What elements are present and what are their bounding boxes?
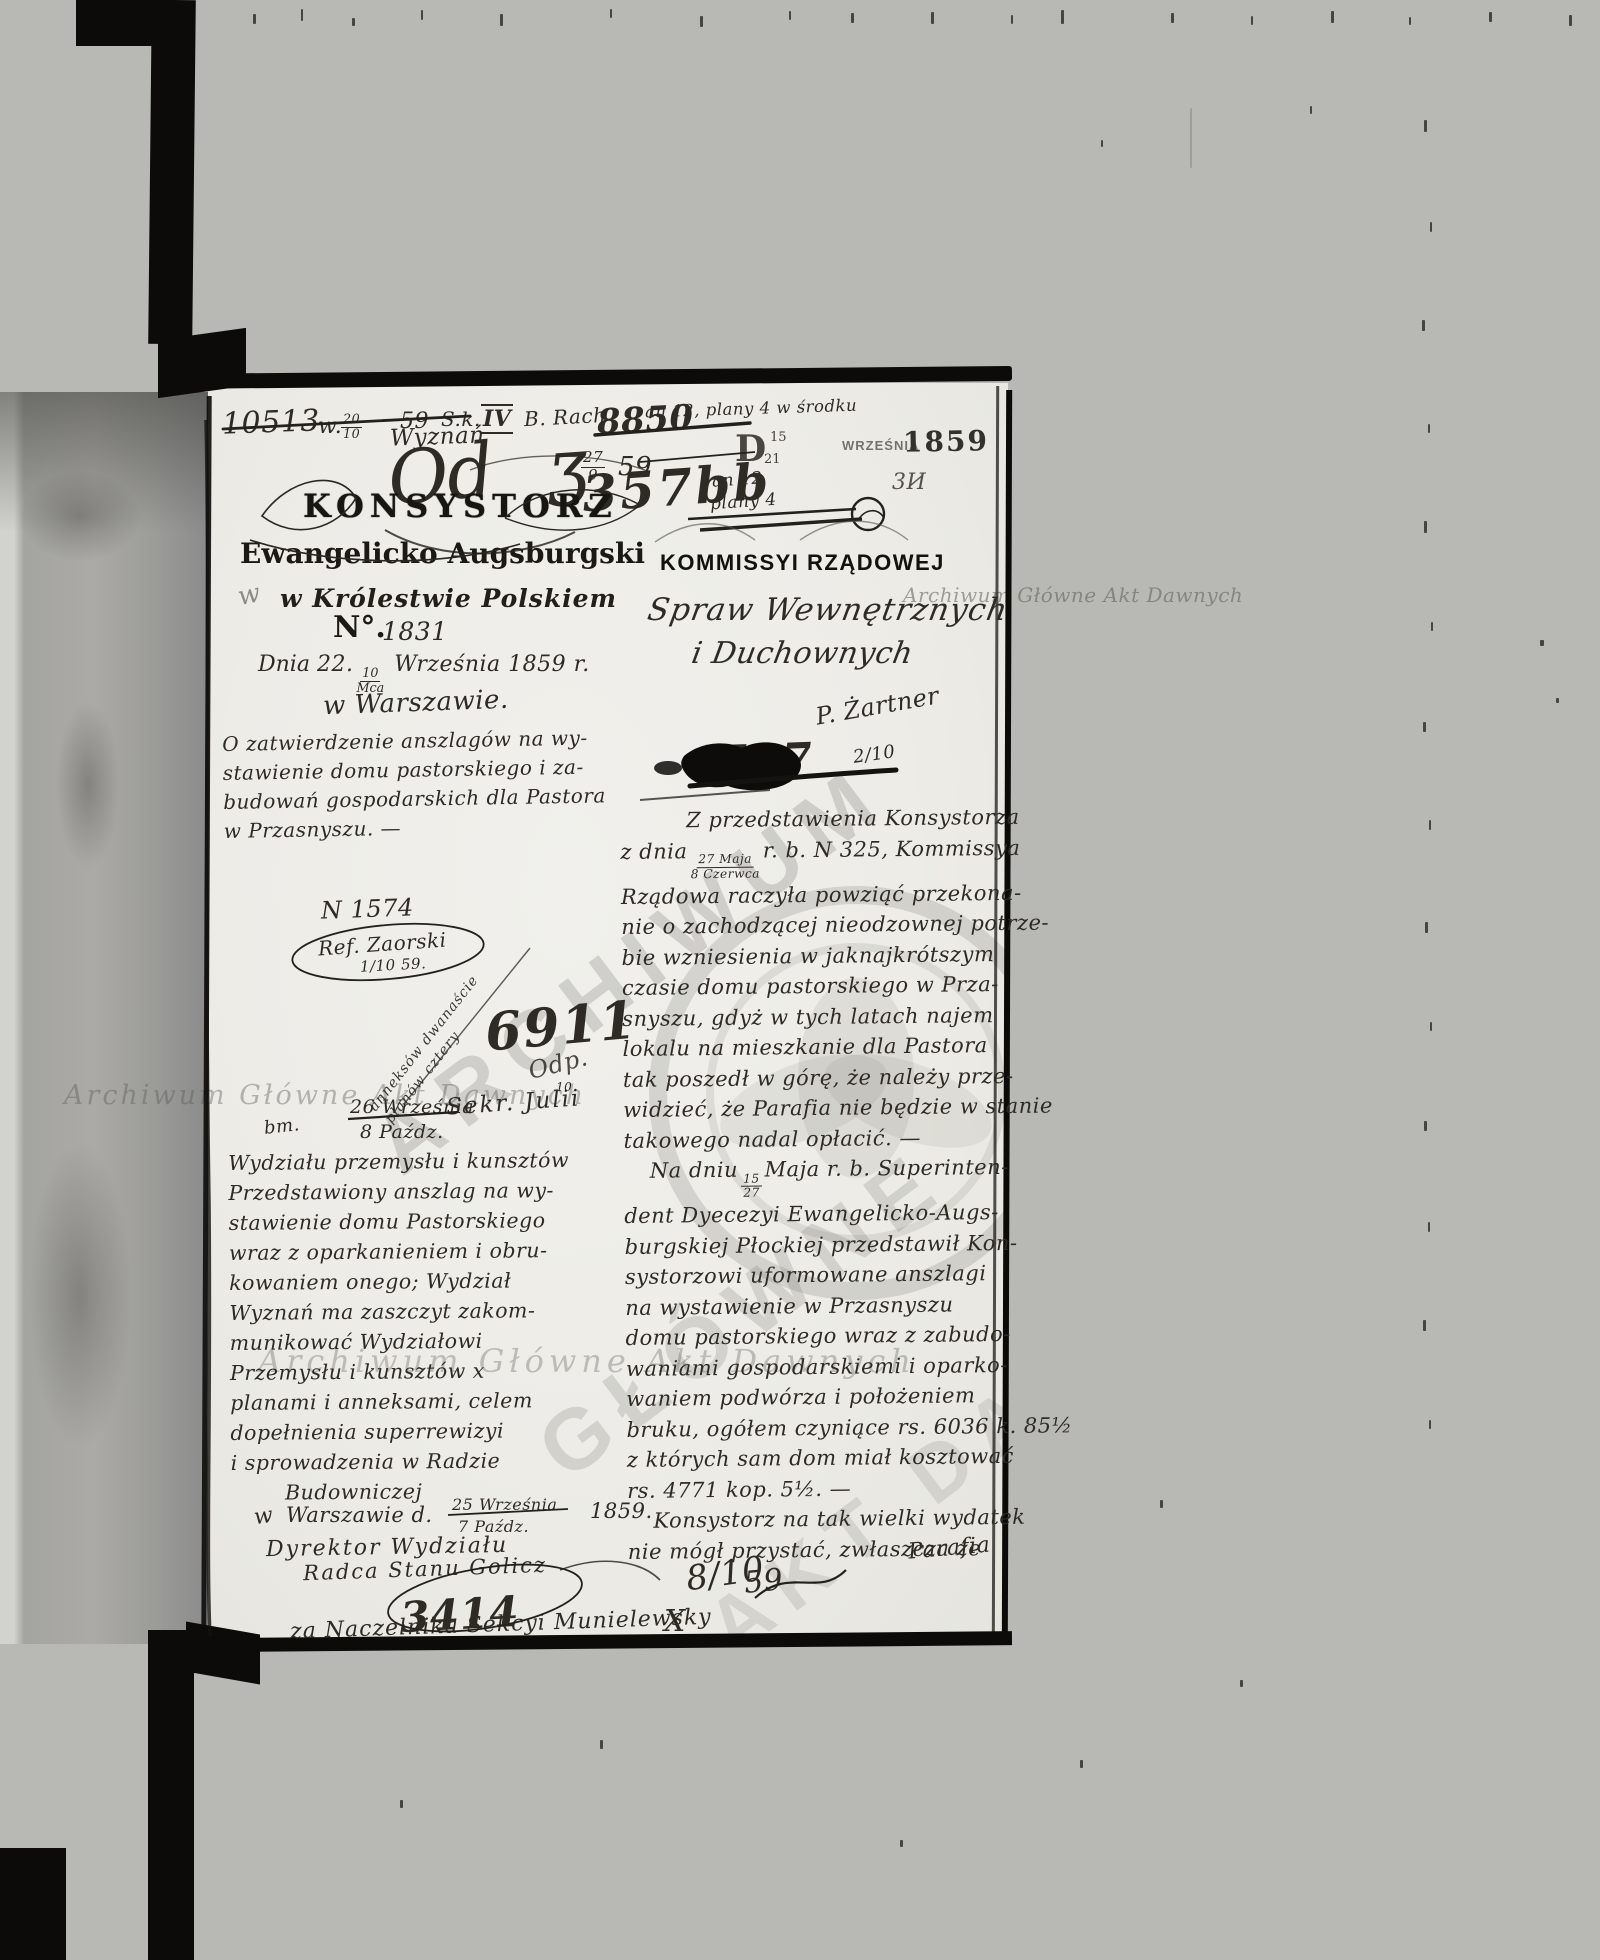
film-speck (1101, 140, 1103, 147)
film-speck (1425, 922, 1428, 933)
right-body-text: Z przedstawienia Konsystorza z dnia27 Ma… (620, 801, 1058, 1567)
film-speck (421, 10, 423, 20)
date-fraction: 1527 (741, 1172, 762, 1200)
facing-page-smudge (18, 470, 142, 562)
body-line: rs. 4771 kop. 5½. — (627, 1471, 1057, 1506)
film-speck (1310, 106, 1312, 114)
body-line: wraz z oparkanieniem i obru- (229, 1235, 570, 1268)
date-rest: Września 1859 r. (394, 652, 589, 677)
film-speck (1424, 521, 1427, 533)
film-block-bottomleft (0, 1848, 66, 1960)
body-line: czasie domu pastorskiego w Prza- (622, 969, 1052, 1004)
body-line: z których sam dom miał kosztować (627, 1441, 1057, 1476)
film-strip-bottom (148, 1630, 194, 1960)
body-line: Przemysłu i kunsztów x (230, 1355, 571, 1388)
film-speck (789, 11, 791, 20)
film-speck (1424, 120, 1427, 132)
film-scratch (1190, 108, 1192, 168)
letterhead-kommissyi: KOMMISSYI RZĄDOWEJ (660, 550, 945, 576)
body-line: planami i anneksami, celem (230, 1385, 571, 1418)
film-speck (600, 1740, 603, 1749)
body-line: dent Dyecezyi Ewangelicko-Augs- (624, 1197, 1054, 1232)
letterhead-duchownych: i Duchownych (689, 636, 916, 671)
letterhead-spraw: Spraw Wewnętrznych (645, 592, 1011, 628)
case-number-1574: N 1574 (321, 893, 415, 924)
film-speck (1489, 12, 1492, 22)
stamp-d-bottom: 21 (764, 452, 781, 467)
body-line: nie o zachodzącej nieodzownej potrze- (621, 908, 1051, 943)
body-line: stawienie domu Pastorskiego (229, 1205, 570, 1238)
x-mark: X (664, 1604, 686, 1639)
date-fraction: 27 Maja8 Czerwca (690, 853, 760, 881)
body-line: munikować Wydziałowi (230, 1325, 571, 1358)
film-speck (1422, 320, 1425, 331)
microfilm-scan: ARCHIWUM GŁÓWNE AKT DAW Archiwum Główne … (0, 0, 1600, 1960)
film-speck (900, 1840, 903, 1847)
body-line: bruku, ogółem czyniące rs. 6036 k. 85½ (626, 1410, 1056, 1445)
annotation-bm: bm. (263, 1114, 301, 1139)
date-day: 22. (317, 652, 354, 677)
film-strip-top (148, 0, 196, 344)
film-speck (400, 1800, 403, 1808)
date-printed-dnia: Dnia (258, 652, 310, 677)
body-line: takowego nadal opłacić. — (623, 1121, 1053, 1156)
film-speck (1409, 17, 1411, 25)
letterhead-number-value: 1831 (382, 617, 448, 646)
film-speck (1569, 15, 1572, 26)
stamp-d-letter: D (735, 428, 766, 470)
film-speck (301, 9, 303, 21)
annotation-an12: an 12 (711, 468, 763, 491)
annotation-date-fraction: 2010 (338, 398, 365, 442)
film-speck (610, 9, 612, 18)
body-line: i sprowadzenia w Radzie (231, 1445, 572, 1478)
film-block-topleft (76, 0, 154, 46)
body-line: bie wzniesienia w jaknajkrótszym (621, 938, 1051, 973)
film-speck (1080, 1760, 1083, 1768)
film-speck (1556, 698, 1559, 703)
film-speck (1430, 1022, 1432, 1031)
referent-date: 1/10 59. (360, 954, 427, 975)
film-speck (1429, 1420, 1431, 1429)
stamp-d-top: 15 (770, 430, 787, 445)
annotation-b-rach: B. Rach (523, 403, 607, 431)
dateline-monogram: w (252, 1503, 275, 1530)
film-speck (1171, 13, 1174, 23)
body-line: kowaniem onego; Wydział (229, 1265, 570, 1298)
film-speck (1251, 16, 1253, 25)
film-speck (1160, 1500, 1163, 1508)
date-26-wrzesnia: 26 Września (350, 1096, 474, 1118)
letterhead-number-label: N°. (333, 610, 386, 645)
body-line: widzieć, że Parafia nie będzie w stanie (623, 1091, 1053, 1126)
dateline-place: Warszawie d. (286, 1503, 433, 1527)
body-line: snyszu, gdyż w tych latach najem (622, 999, 1052, 1034)
letterhead-konsystorz: KONSYSTORZ (303, 487, 618, 525)
film-speck (1423, 1320, 1426, 1331)
body-line: na wystawienie w Przasnyszu (625, 1288, 1055, 1323)
facing-page-smudge (56, 700, 120, 870)
film-speck (1430, 222, 1432, 232)
film-speck (1429, 820, 1431, 830)
registry-number-struck: 10513 (221, 403, 320, 441)
film-speck (851, 13, 854, 23)
body-line: waniem podwórza i położeniem (626, 1380, 1056, 1415)
body-line: domu pastorskiego wraz z zabudo- (625, 1319, 1055, 1354)
number-struck-blotted: 4597 (687, 734, 813, 789)
body-line: Z przedstawienia Konsystorza (620, 801, 1050, 836)
letterhead-ewangelicko: Ewangelicko Augsburgski (240, 537, 645, 570)
date-8-pazdz: 8 Paźdz. (360, 1121, 444, 1143)
facing-page-smudge (28, 1140, 132, 1450)
body-line-with-date: z dnia27 Maja8 Czerwcar. b. N 325, Kommi… (620, 832, 1050, 882)
film-speck (1424, 1121, 1427, 1131)
film-speck (700, 16, 703, 27)
body-line: lokalu na mieszkanie dla Pastora (622, 1030, 1052, 1065)
facing-page (0, 392, 208, 1644)
body-line-with-date: Na dniu1527Maja r. b. Superinten- (624, 1152, 1054, 1202)
body-line: burgskiej Płockiej przedstawił Kon- (624, 1227, 1054, 1262)
film-speck (1540, 640, 1544, 646)
film-speck (352, 18, 355, 26)
date-stamp-year: 1859 (903, 424, 990, 458)
film-speck (1331, 11, 1334, 23)
left-body-text: Wydziału przemysłu i kunsztów Przedstawi… (228, 1145, 572, 1508)
body-line: Wydziału przemysłu i kunsztów (228, 1145, 569, 1178)
film-speck (1428, 1222, 1430, 1232)
body-line: Konsystorz na tak wielki wydatek (627, 1502, 1057, 1537)
body-line: tak poszedł w górę, że należy prze- (623, 1060, 1053, 1095)
body-line: systorzowi uformowane anszlagi (625, 1258, 1055, 1293)
film-speck (1428, 424, 1430, 433)
body-line: Rządowa raczyła powziąć przekona- (621, 877, 1051, 912)
body-line: dopełnienia superrewizyi (230, 1415, 571, 1448)
film-speck (1061, 10, 1064, 24)
body-line: Wyznań ma zaszczyt zakom- (229, 1295, 570, 1328)
film-speck (1423, 722, 1426, 732)
film-speck (500, 14, 503, 26)
film-speck (1240, 1680, 1243, 1687)
dateline-frac-top: 25 Września (452, 1495, 557, 1514)
bottom-date-year: 59 (742, 1562, 785, 1601)
body-line: waniami gospodarskiemi i oparko- (626, 1349, 1056, 1384)
letterhead-krolestwo: w Królestwie Polskiem (280, 584, 617, 613)
film-speck (931, 12, 934, 24)
film-speck (253, 14, 256, 24)
subject-paragraph: O zatwierdzenie anszlagów na wy- stawien… (222, 723, 607, 846)
body-line: Przedstawiony anszlag na wy- (228, 1175, 569, 1208)
film-speck (1431, 622, 1433, 631)
pencil-mark-3u: 3И (892, 470, 926, 495)
film-speck (1011, 15, 1013, 24)
